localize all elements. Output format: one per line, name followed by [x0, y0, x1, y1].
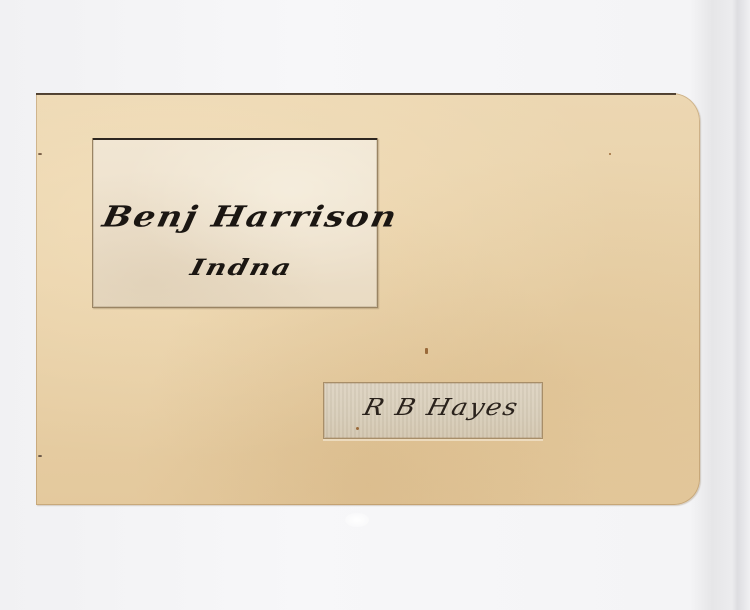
scanner-edge-shadow [732, 0, 750, 610]
autograph-card-harrison: Benj Harrison Indna [92, 138, 378, 308]
card-speck [356, 427, 359, 430]
album-page: Benj Harrison Indna R B Hayes [36, 93, 700, 505]
signature-harrison-state: Indna [188, 254, 296, 280]
paper-speck [38, 455, 42, 457]
paper-speck [609, 153, 611, 155]
light-glare [345, 513, 369, 527]
paper-speck [425, 348, 428, 354]
signature-harrison: Benj Harrison [99, 200, 401, 234]
paper-speck [38, 153, 42, 155]
autograph-card-hayes: R B Hayes [323, 382, 543, 439]
signature-hayes: R B Hayes [361, 395, 523, 422]
